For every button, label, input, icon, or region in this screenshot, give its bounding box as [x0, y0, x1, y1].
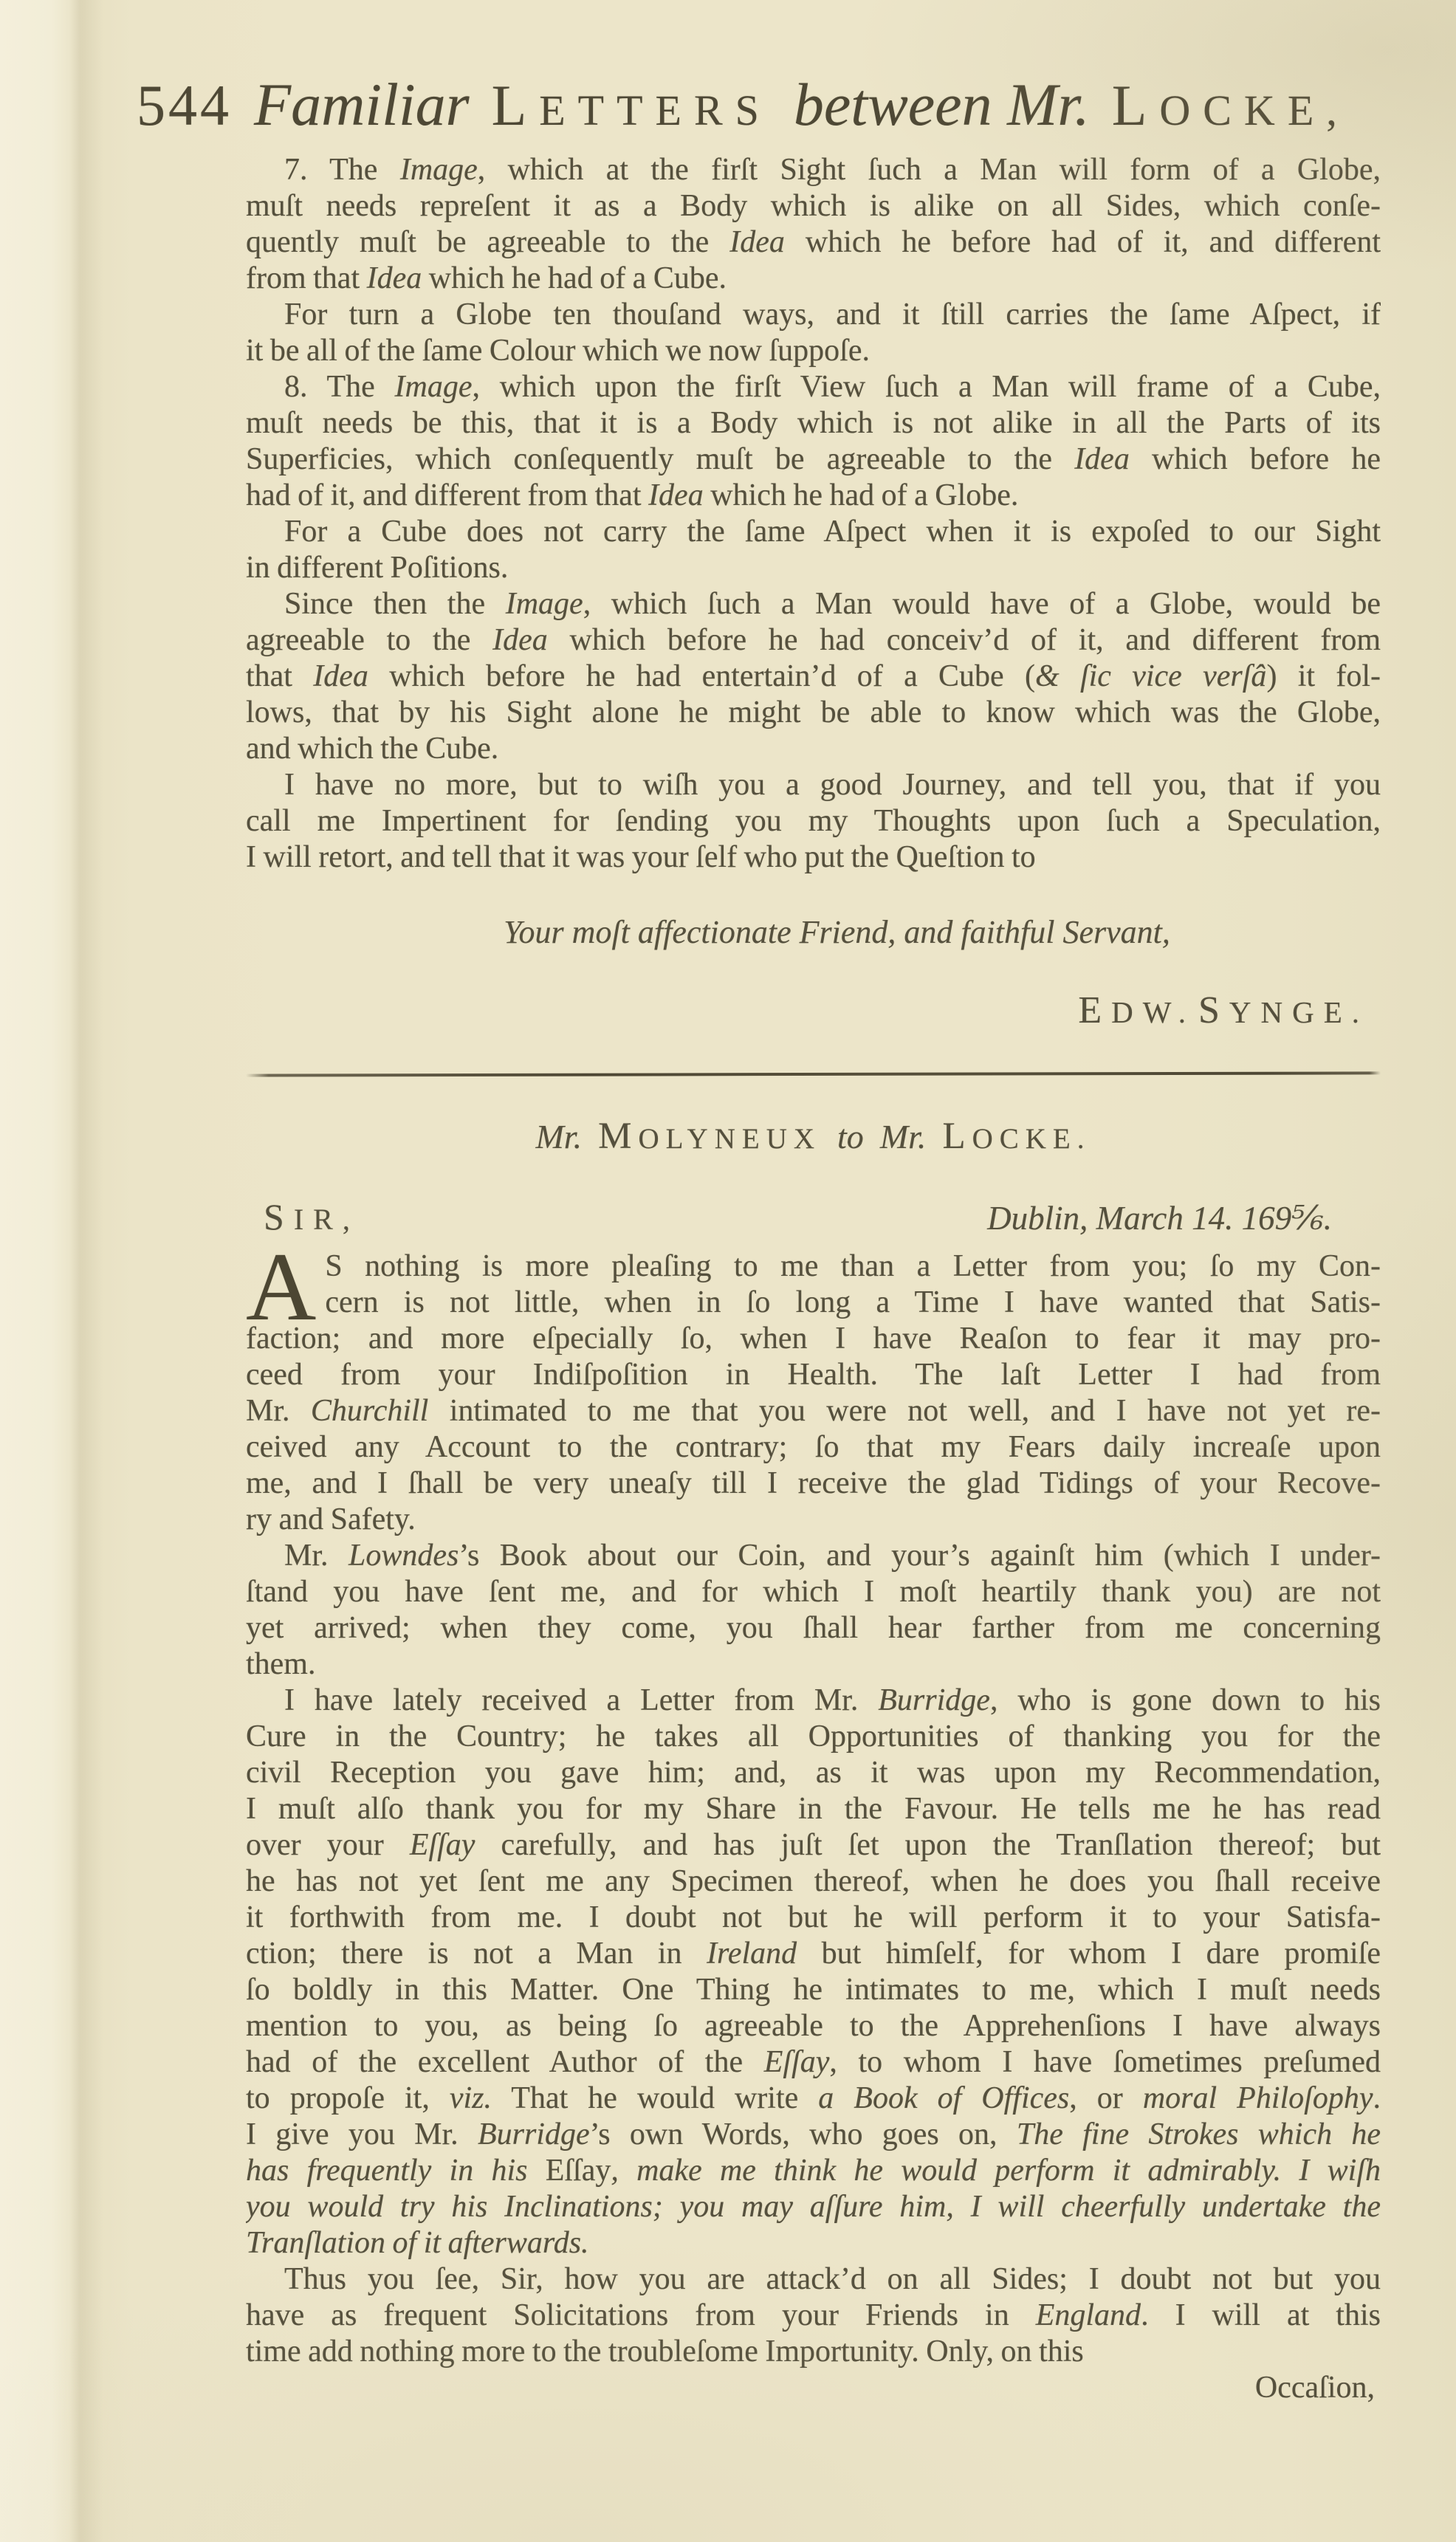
text-line: it be all of the ſame Colour which we no…: [246, 333, 1381, 369]
paragraph: For a Cube does not carry the ſame Aſpec…: [246, 514, 1381, 586]
valediction: Your moſt affectionate Friend, and faith…: [246, 914, 1381, 950]
text-line: over your Eſſay carefully, and has juſt …: [246, 1827, 1381, 1863]
text-line: me, and I ſhall be very uneaſy till I re…: [246, 1466, 1381, 1502]
letter-synge-body: 7. The Image, which at the firſt Sight ſ…: [246, 152, 1381, 876]
paragraph: Since then the Image, which ſuch a Man w…: [246, 586, 1381, 767]
salutation-row: SIR, Dublin, March 14. 169⅚.: [246, 1195, 1381, 1237]
title-part: MOLYNEUX: [598, 1138, 821, 1151]
text-line: muſt needs be this, that it is a Body wh…: [246, 405, 1381, 442]
title-part: Familiar: [254, 63, 470, 146]
text-line: I muſt alſo thank you for my Share in th…: [246, 1791, 1381, 1827]
text-line: had of the excellent Author of the Eſſay…: [246, 2044, 1381, 2081]
title-part: to: [837, 1118, 864, 1155]
text-line: them.: [246, 1646, 1381, 1683]
text-line: 7. The Image, which at the firſt Sight ſ…: [246, 152, 1381, 188]
text-line: I have no more, but to wiſh you a good J…: [246, 767, 1381, 803]
text-line: it forthwith from me. I doubt not but he…: [246, 1900, 1381, 1936]
text-line: ceived any Account to the contrary; ſo t…: [246, 1429, 1381, 1466]
text-line: faction; and more eſpecially ſo, when I …: [246, 1321, 1381, 1357]
title-part: between Mr.: [794, 63, 1090, 146]
text-line: in different Poſitions.: [246, 550, 1381, 586]
text-line: had of it, and different from that Idea …: [246, 478, 1381, 514]
title-part: LETTERS: [492, 64, 772, 163]
text-line: Superficies, which conſequently muſt be …: [246, 442, 1381, 478]
book-page: 544FamiliarLETTERSbetween Mr.LOCKE, 7. T…: [0, 0, 1456, 2542]
text-line: ry and Safety.: [246, 1502, 1381, 1538]
text-line: Cure in the Country; he takes all Opport…: [246, 1719, 1381, 1755]
text-line: ction; there is not a Man in Ireland but…: [246, 1936, 1381, 1972]
catchword: Occaſion,: [246, 2370, 1381, 2406]
text-line: call me Impertinent for ſending you my T…: [246, 803, 1381, 839]
text-line: from that Idea which he had of a Cube.: [246, 261, 1381, 297]
text-line: lows, that by his Sight alone he might b…: [246, 695, 1381, 731]
text-line: Thus you ſee, Sir, how you are attack’d …: [246, 2261, 1381, 2298]
paragraph: Thus you ſee, Sir, how you are attack’d …: [246, 2261, 1381, 2370]
signature: EDW. SYNGE.: [246, 990, 1381, 1031]
salutation: SIR,: [246, 1195, 360, 1238]
text-line: Since then the Image, which ſuch a Man w…: [246, 586, 1381, 622]
paragraph: For turn a Globe ten thouſand ways, and …: [246, 297, 1381, 369]
title-part: LOCKE,: [1112, 64, 1350, 163]
running-head: 544FamiliarLETTERSbetween Mr.LOCKE,: [137, 63, 1381, 146]
paragraph: Mr. Lowndes’s Book about our Coin, and y…: [246, 1538, 1381, 1683]
letter-heading: Mr.MOLYNEUXtoMr.LOCKE.: [246, 1116, 1381, 1157]
text-line: have as frequent Solicitations from your…: [246, 2298, 1381, 2334]
text-line: muſt needs repreſent it as a Body which …: [246, 188, 1381, 224]
text-line: and which the Cube.: [246, 731, 1381, 767]
paragraph: I have lately received a Letter from Mr.…: [246, 1683, 1381, 2261]
dateline: Dublin, March 14. 169⅚.: [987, 1198, 1381, 1237]
text-line: For a Cube does not carry the ſame Aſpec…: [246, 514, 1381, 550]
title-part: Mr.: [535, 1118, 582, 1155]
text-line: you would try his Inclinations; you may …: [246, 2189, 1381, 2225]
text-line: yet arrived; when they come, you ſhall h…: [246, 1610, 1381, 1646]
text-line: cern is not little, when in ſo long a Ti…: [325, 1285, 1381, 1321]
title-part: 544: [137, 64, 232, 147]
text-line: I give you Mr. Burridge’s own Words, who…: [246, 2117, 1381, 2153]
paragraph: 7. The Image, which at the firſt Sight ſ…: [246, 152, 1381, 297]
text-line: 8. The Image, which upon the firſt View …: [246, 369, 1381, 405]
drop-cap: A: [246, 1250, 316, 1321]
letter-molyneux-body: AS nothing is more pleaſing to me than a…: [246, 1248, 1381, 2370]
paragraph: AS nothing is more pleaſing to me than a…: [246, 1248, 1381, 1538]
text-line: ſo boldly in this Matter. One Thing he i…: [246, 1972, 1381, 2008]
text-line: I have lately received a Letter from Mr.…: [246, 1683, 1381, 1719]
text-line: Tranſlation of it afterwards.: [246, 2225, 1381, 2261]
text-line: that Idea which before he had entertain’…: [246, 659, 1381, 695]
text-line: time add nothing more to the troubleſome…: [246, 2334, 1381, 2370]
text-line: mention to you, as being ſo agreeable to…: [246, 2008, 1381, 2044]
text-line: Mr. Churchill intimated to me that you w…: [246, 1393, 1381, 1429]
text-line: civil Reception you gave him; and, as it…: [246, 1755, 1381, 1791]
text-line: quently muſt be agreeable to the Idea wh…: [246, 224, 1381, 261]
text-line: I will retort, and tell that it was your…: [246, 839, 1381, 876]
section-divider-rule: [246, 1071, 1381, 1076]
title-part: Mr.: [880, 1118, 927, 1155]
text-line: agreeable to the Idea which before he ha…: [246, 622, 1381, 659]
title-part: LOCKE.: [942, 1138, 1091, 1151]
text-line: For turn a Globe ten thouſand ways, and …: [246, 297, 1381, 333]
text-line: Mr. Lowndes’s Book about our Coin, and y…: [246, 1538, 1381, 1574]
text-line: has frequently in his Eſſay, make me thi…: [246, 2153, 1381, 2189]
paragraph: I have no more, but to wiſh you a good J…: [246, 767, 1381, 876]
text-line: ſtand you have ſent me, and for which I …: [246, 1574, 1381, 1610]
text-line: ceed from your Indiſpoſition in Health. …: [246, 1357, 1381, 1393]
text-line: to propoſe it, viz. That he would write …: [246, 2081, 1381, 2117]
text-line: S nothing is more pleaſing to me than a …: [325, 1248, 1381, 1285]
text-line: he has not yet ſent me any Specimen ther…: [246, 1863, 1381, 1900]
paragraph: 8. The Image, which upon the firſt View …: [246, 369, 1381, 514]
